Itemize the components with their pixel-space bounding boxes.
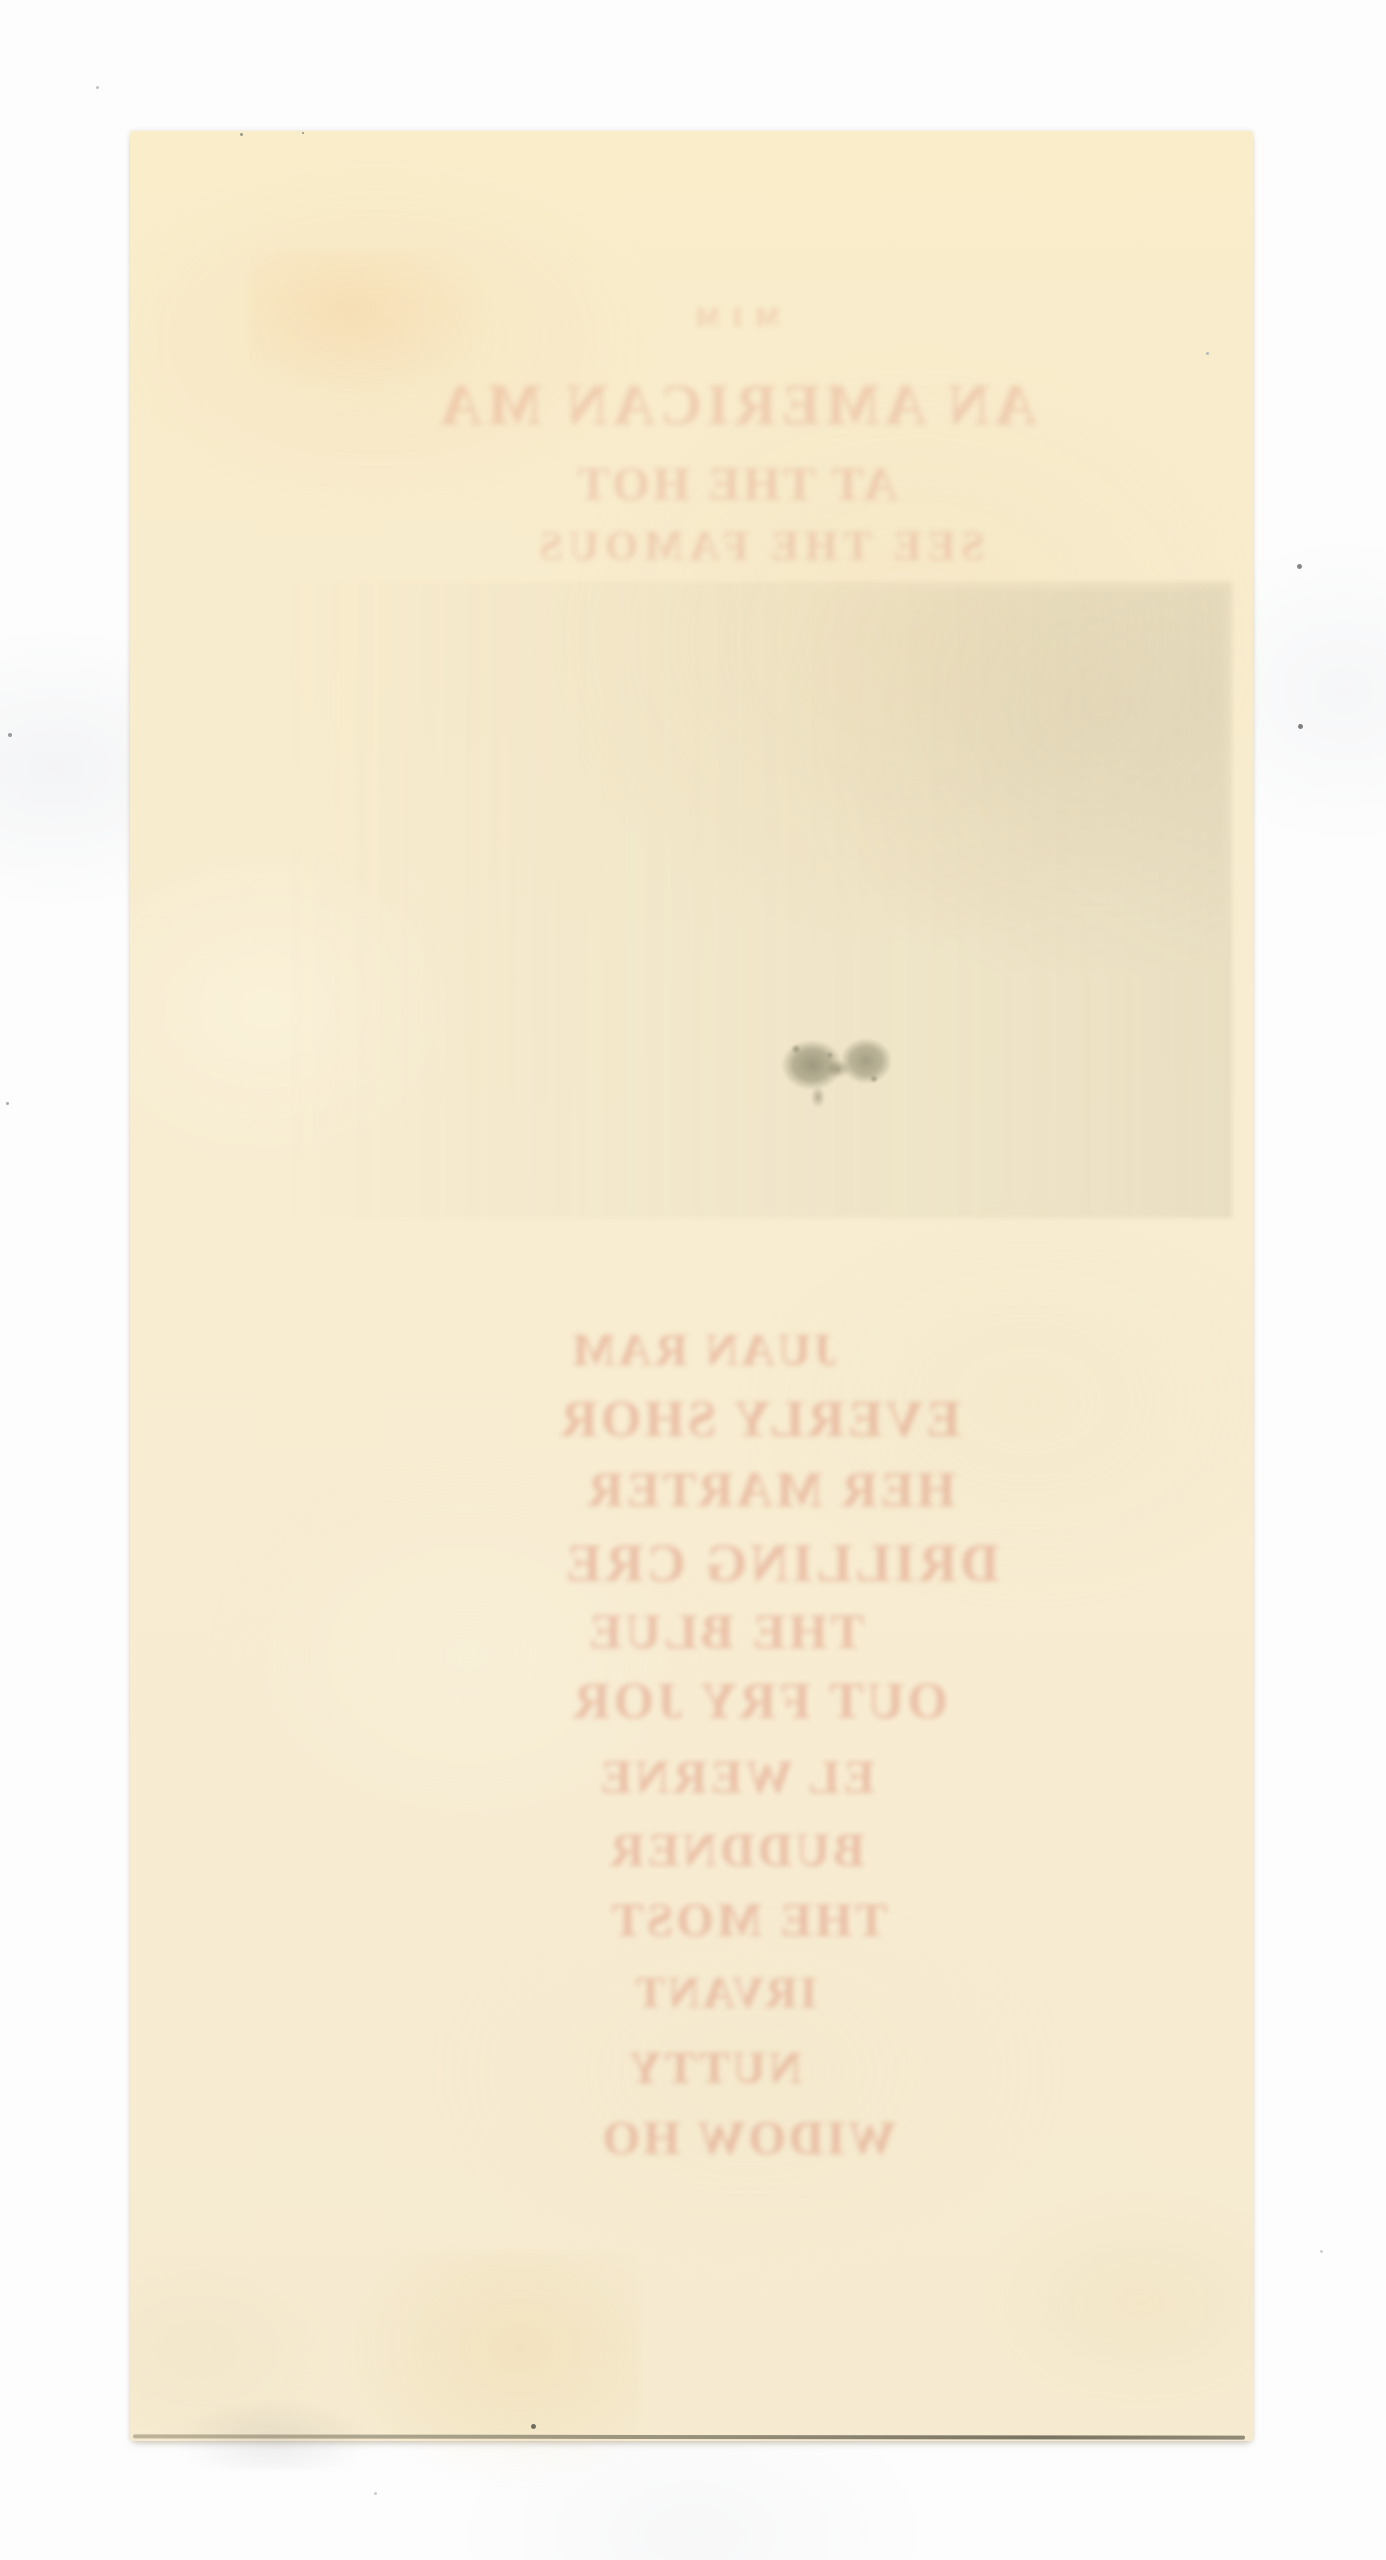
dust-speck <box>1298 724 1303 729</box>
ghost-text-line: DRILLING CRE <box>563 1532 1000 1594</box>
dust-speck <box>374 2492 377 2495</box>
dust-speck <box>240 133 243 136</box>
ghost-text-line: THE MOST <box>608 1893 887 1948</box>
ghost-text-line: EL WERNE <box>597 1750 875 1805</box>
ghost-text-line: WIDOW HO <box>599 2111 895 2166</box>
ghost-text-line: BUDDNER <box>607 1823 865 1878</box>
ghost-text-line: AN AMERICAN MA <box>436 371 1038 438</box>
paper-sheet: M I M AN AMERICAN MA AT THE HOT SEE THE … <box>130 131 1253 2441</box>
ghost-text-line: THE BLUE <box>586 1602 864 1660</box>
show-through-block-shading <box>280 582 1232 1218</box>
dust-speck <box>1320 2250 1323 2253</box>
dust-speck <box>531 2424 536 2429</box>
ghost-text-line: IRVANT <box>633 1967 817 2018</box>
dust-speck <box>8 733 12 737</box>
dust-speck <box>302 132 304 134</box>
ghost-text-line: M I M <box>693 303 780 333</box>
ghost-text-line: EVERLY SHOR <box>557 1390 960 1449</box>
ghost-text-line: HER MARTER <box>584 1460 955 1518</box>
scanned-image-background: M I M AN AMERICAN MA AT THE HOT SEE THE … <box>0 0 1386 2560</box>
ghost-text-line: NUTTY <box>626 2041 802 2094</box>
show-through-block-shading-dark-area <box>786 590 1224 972</box>
dust-speck <box>96 86 99 89</box>
ghost-text-line: AT THE HOT <box>575 457 898 512</box>
ghost-text-line: JUAN RAM <box>569 1323 837 1376</box>
ink-blot <box>766 1027 906 1113</box>
dust-speck <box>6 1102 9 1105</box>
dust-speck <box>1297 564 1302 569</box>
warm-corner-stain <box>250 251 490 391</box>
dust-speck <box>1206 352 1209 355</box>
ghost-text-line: OUT FRY JOR <box>570 1672 948 1731</box>
yellow-age-stain <box>340 2251 640 2491</box>
ghost-text-line: SEE THE FAMOUS <box>533 523 984 571</box>
